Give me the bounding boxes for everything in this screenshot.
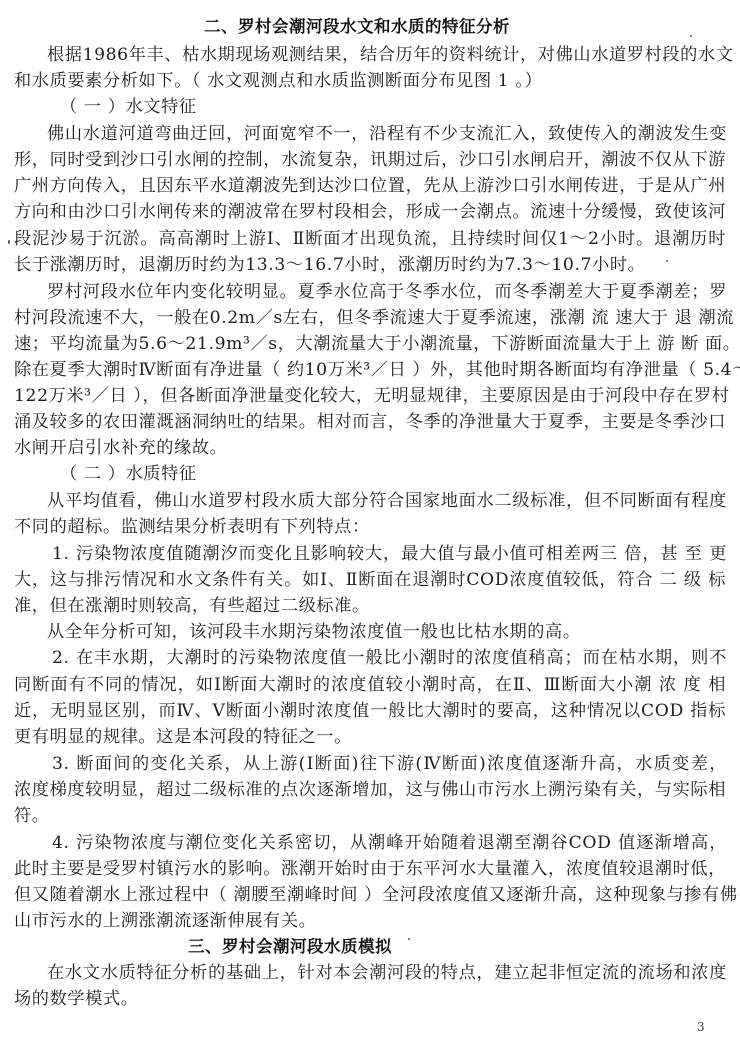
item-4-line-2: 此时主要是受罗村镇污水的影响。涨潮开始时由于东平河水大量灌入，浓度值较退潮时低， bbox=[14, 858, 726, 880]
item-2-line-4: 更有明显的规律。这是本河段的特征之一。 bbox=[14, 726, 726, 748]
intro-line-1: 根据1986年丰、枯水期现场观测结果，结合历年的资料统计，对佛山水道罗村段的水文 bbox=[47, 44, 727, 66]
hydrology-p1-line-1: 佛山水道河道弯曲迂回，河面宽窄不一，沿程有不少支流汇入，致使传入的潮波发生变 bbox=[47, 123, 727, 145]
hydrology-p2-line-6: 涌及较多的农田灌溉涵洞纳吐的结果。相对而言，冬季的净泄量大于夏季，主要是冬季沙口 bbox=[14, 411, 726, 433]
intro-line-2: 和水质要素分析如下。（ 水文观测点和水质监测断面分布见图 1 。） bbox=[14, 70, 726, 92]
annual-note: 从全年分析可知，该河段丰水期污染物浓度值一般也比枯水期的高。 bbox=[47, 621, 727, 643]
scan-speck bbox=[666, 260, 668, 262]
item-3-line-2: 浓度梯度较明显，超过二级标准的点次逐渐增加，这与佛山市污水上溯污染有关，与实际相 bbox=[14, 779, 726, 801]
item-4-line-1: 4. 污染物浓度与潮位变化关系密切，从潮峰开始随着退潮至潮谷COD 值逐渐增高， bbox=[52, 832, 727, 854]
item-2-line-1: 2. 在丰水期，大潮时的污染物浓度值一般比小潮时的浓度值稍高；而在枯水期，则不 bbox=[52, 647, 727, 669]
hydrology-p1-line-6: 长于涨潮历时，退潮历时约为13.3～16.7小时，涨潮历时约为7.3～10.7小… bbox=[14, 254, 726, 276]
hydrology-p2-line-3: 速；平均流量为5.6～21.9m³／s，大潮流量大于小潮流量，下游断面流量大于上… bbox=[14, 333, 726, 355]
item-1-line-3: 准，但在涨潮时则较高，有些超过二级标准。 bbox=[14, 595, 726, 617]
quality-p1-line-2: 不同的超标。监测结果分析表明有下列特点： bbox=[14, 516, 726, 538]
item-2-line-3: 近，无明显区别，而Ⅳ、Ⅴ断面小潮时浓度值一般比大潮时的要高，这种情况以COD 指… bbox=[14, 700, 726, 722]
item-1-line-2: 大，这与排污情况和水文条件有关。如Ⅰ、Ⅱ断面在退潮时COD浓度值较低，符合 二 … bbox=[14, 569, 726, 591]
hydrology-p2-line-5: 122万米³／日 ），但各断面净泄量变化较大，无明显规律，主要原因是由于河段中存… bbox=[14, 385, 726, 407]
modeling-line-1: 在水文水质特征分析的基础上，针对本会潮河段的特点，建立起非恒定流的流场和浓度 bbox=[47, 962, 727, 984]
scan-speck bbox=[690, 35, 692, 37]
item-3-line-1: 3. 断面间的变化关系，从上游(Ⅰ断面)往下游(Ⅳ断面)浓度值逐渐升高，水质变差… bbox=[52, 753, 727, 775]
subsection-2-heading: （ 二 ）水质特征 bbox=[60, 463, 740, 485]
hydrology-p1-line-4: 方向和由沙口引水闸传来的潮波常在罗村段相会，形成一会潮点。流速十分缓慢，致使该河 bbox=[14, 201, 726, 223]
item-2-line-2: 同断面有不同的情况，如Ⅰ断面大潮时的浓度值较小潮时高，在Ⅱ、Ⅲ断面大小潮 浓 度… bbox=[14, 674, 726, 696]
item-3-line-3: 符。 bbox=[14, 805, 726, 827]
hydrology-p2-line-1: 罗村河段水位年内变化较明显。夏季水位高于冬季水位，而冬季潮差大于夏季潮差；罗 bbox=[47, 281, 727, 303]
section-2-heading: 二、罗村会潮河段水文和水质的特征分析 bbox=[204, 16, 510, 38]
item-4-line-3: 但又随着潮水上涨过程中（ 潮腰至潮峰时间 ）全河段浓度值又逐渐升高，这种现象与掺… bbox=[14, 884, 726, 906]
hydrology-p2-line-4: 除在夏季大潮时Ⅳ断面有净进量（ 约10万米³／日 ）外，其他时期各断面均有净泄量… bbox=[14, 359, 726, 381]
scan-speck bbox=[8, 240, 10, 244]
scan-speck bbox=[408, 938, 410, 940]
hydrology-p2-line-2: 村河段流速不大，一般在0.2m／s左右，但冬季流速大于夏季流速，涨潮 流 速大于… bbox=[14, 307, 726, 329]
subsection-1-heading: （ 一 ）水文特征 bbox=[60, 96, 740, 118]
hydrology-p1-line-5: 段泥沙易于沉淤。高高潮时上游Ⅰ、Ⅱ断面才出现负流，且持续时间仅1～2小时。退潮历… bbox=[14, 228, 726, 250]
hydrology-p2-line-7: 水闸开启引水补充的缘故。 bbox=[14, 437, 726, 459]
section-3-heading: 三、罗村会潮河段水质模拟 bbox=[188, 936, 392, 958]
modeling-line-2: 场的数学模式。 bbox=[14, 988, 726, 1010]
hydrology-p1-line-3: 广州方向传入，且因东平水道潮波先到达沙口位置，先从上游沙口引水闸传进，于是从广州 bbox=[14, 175, 726, 197]
document-page: 二、罗村会潮河段水文和水质的特征分析 根据1986年丰、枯水期现场观测结果，结合… bbox=[0, 0, 740, 1054]
page-number: 3 bbox=[697, 1020, 705, 1034]
quality-p1-line-1: 从平均值看，佛山水道罗村段水质大部分符合国家地面水二级标准，但不同断面有程度 bbox=[47, 490, 727, 512]
item-4-line-4: 山市污水的上溯涨潮流逐渐伸展有关。 bbox=[14, 910, 726, 932]
hydrology-p1-line-2: 形，同时受到沙口引水闸的控制，水流复杂，讯期过后，沙口引水闸启开，潮波不仅从下游 bbox=[14, 149, 726, 171]
item-1-line-1: 1. 污染物浓度值随潮汐而变化且影响较大，最大值与最小值可相差两三 倍，甚 至 … bbox=[52, 543, 727, 565]
